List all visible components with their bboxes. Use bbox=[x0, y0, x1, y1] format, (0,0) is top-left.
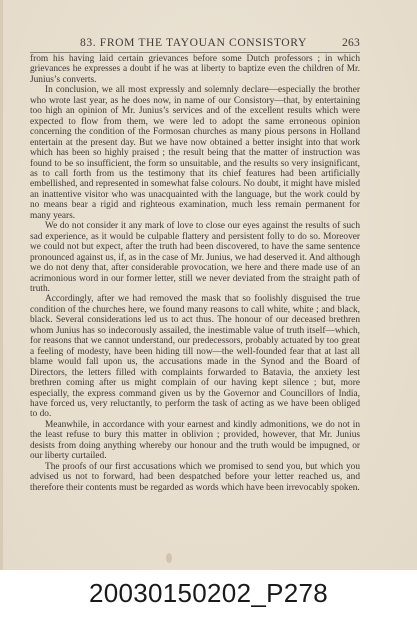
paper-stain bbox=[166, 553, 172, 563]
paragraph: The proofs of our first accusations whic… bbox=[30, 462, 360, 493]
running-head: 83. FROM THE TAYOUAN CONSISTORY 263 bbox=[30, 36, 360, 52]
scanned-page: 83. FROM THE TAYOUAN CONSISTORY 263 from… bbox=[0, 0, 417, 570]
paragraph: Accordingly, after we had removed the ma… bbox=[30, 294, 360, 419]
paragraph: In conclusion, we all most expressly and… bbox=[30, 85, 360, 221]
paragraph: We do not consider it any mark of love t… bbox=[30, 221, 360, 294]
page-edge bbox=[0, 0, 3, 570]
image-id-label: 20030150202_P278 bbox=[0, 578, 417, 609]
chapter-title: 83. FROM THE TAYOUAN CONSISTORY bbox=[80, 36, 307, 49]
header-rule bbox=[30, 52, 360, 53]
paragraph: Meanwhile, in accordance with your earne… bbox=[30, 420, 360, 462]
body-text: from his having laid certain grievances … bbox=[30, 54, 360, 493]
paragraph: from his having laid certain grievances … bbox=[30, 54, 360, 85]
page-number: 263 bbox=[342, 36, 360, 49]
